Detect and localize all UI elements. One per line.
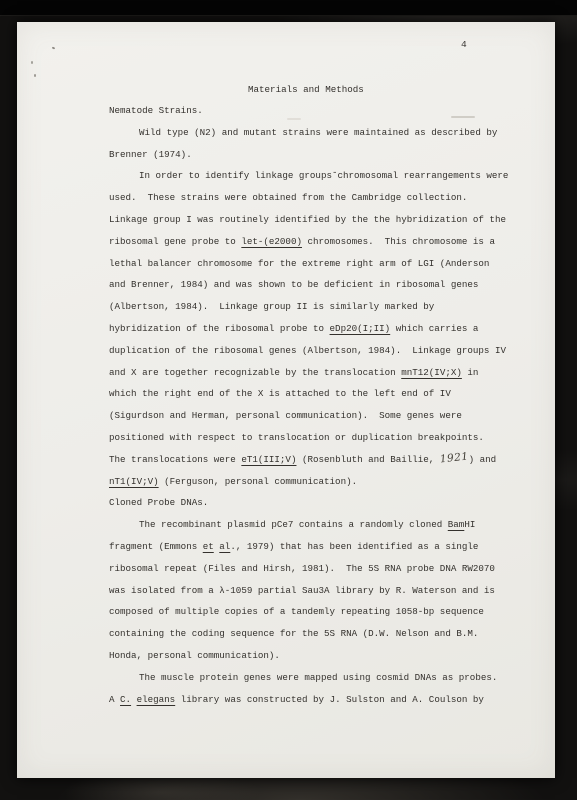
section-heading: Cloned Probe DNAs.: [109, 492, 539, 514]
text-segment: Wild type (N2) and mutant strains were m…: [139, 127, 497, 138]
backdrop-seam: [0, 0, 577, 16]
underlined-term: al: [219, 541, 230, 552]
text-segment: HI: [464, 519, 475, 530]
text-line: used. These strains were obtained from t…: [109, 187, 539, 209]
text-segment: (Sigurdson and Herman, personal communic…: [109, 410, 462, 421]
text-segment: Brenner (1974).: [109, 149, 192, 160]
text-segment: Honda, personal communication).: [109, 650, 280, 661]
text-line: In order to identify linkage groups-chro…: [109, 165, 539, 187]
text-segment: containing the coding sequence for the 5…: [109, 628, 478, 639]
text-line: was isolated from a λ-1059 partial Sau3A…: [109, 580, 539, 602]
text-segment: ., 1979) that has been identified as a s…: [230, 541, 478, 552]
text-segment: lethal balancer chromosome for the extre…: [109, 258, 489, 269]
text-segment: hybridization of the ribosomal probe to: [109, 323, 330, 334]
document-body: Nematode Strains.Wild type (N2) and muta…: [109, 100, 539, 710]
underlined-term: C.: [120, 694, 131, 705]
section-heading: Nematode Strains.: [109, 100, 539, 122]
text-segment: was isolated from a λ-1059 partial Sau3A…: [109, 585, 495, 596]
text-line: positioned with respect to translocation…: [109, 427, 539, 449]
handwritten-year: 1921: [439, 446, 470, 471]
text-segment: (Rosenbluth and Baillie,: [296, 454, 439, 465]
text-segment: library was constructed by J. Sulston an…: [175, 694, 484, 705]
document-title: Materials and Methods: [248, 84, 364, 95]
paper-speck: [31, 61, 33, 64]
text-line: A C. elegans library was constructed by …: [109, 689, 539, 711]
text-line: duplication of the ribosomal genes (Albe…: [109, 340, 539, 362]
text-line: composed of multiple copies of a tandeml…: [109, 601, 539, 623]
text-segment: and X are together recognizable by the t…: [109, 367, 401, 378]
underlined-term: elegans: [137, 694, 176, 705]
text-segment: -: [332, 167, 338, 178]
text-line: hybridization of the ribosomal probe to …: [109, 318, 539, 340]
text-line: The translocations were eT1(III;V) (Rose…: [109, 449, 539, 471]
text-line: and Brenner, 1984) and was shown to be d…: [109, 274, 539, 296]
text-line: Honda, personal communication).: [109, 645, 539, 667]
text-segment: chromosomes. This chromosome is a: [302, 236, 495, 247]
underlined-term: nT1(IV;V): [109, 476, 159, 487]
text-segment: which the right end of the X is attached…: [109, 388, 451, 399]
text-line: which the right end of the X is attached…: [109, 383, 539, 405]
text-segment: A: [109, 694, 120, 705]
text-segment: Nematode Strains.: [109, 105, 203, 116]
text-segment: ) and: [469, 454, 497, 465]
text-segment: Cloned Probe DNAs.: [109, 497, 208, 508]
text-line: ribosomal gene probe to let-(e2000) chro…: [109, 231, 539, 253]
text-segment: which carries a: [390, 323, 478, 334]
text-segment: (Albertson, 1984). Linkage group II is s…: [109, 301, 434, 312]
text-line: fragment (Emmons et al., 1979) that has …: [109, 536, 539, 558]
text-line: (Sigurdson and Herman, personal communic…: [109, 405, 539, 427]
text-segment: composed of multiple copies of a tandeml…: [109, 606, 484, 617]
underlined-term: et: [203, 541, 214, 552]
text-line: containing the coding sequence for the 5…: [109, 623, 539, 645]
text-line: (Albertson, 1984). Linkage group II is s…: [109, 296, 539, 318]
paper-speck: [34, 74, 36, 77]
text-segment: duplication of the ribosomal genes (Albe…: [109, 345, 506, 356]
text-segment: In order to identify linkage groups: [139, 170, 332, 181]
text-segment: Linkage group I was routinely identified…: [109, 214, 506, 225]
text-segment: ribosomal repeat (Files and Hirsh, 1981)…: [109, 563, 495, 574]
text-segment: The muscle protein genes were mapped usi…: [139, 672, 497, 683]
underlined-term: Bam: [448, 519, 465, 530]
text-segment: chromosomal rearrangements were: [338, 170, 509, 181]
document-page: 4 Materials and Methods Nematode Strains…: [17, 22, 555, 778]
underlined-term: let-(e2000): [241, 236, 302, 247]
text-line: Linkage group I was routinely identified…: [109, 209, 539, 231]
photo-backdrop: 4 Materials and Methods Nematode Strains…: [0, 0, 577, 800]
text-segment: positioned with respect to translocation…: [109, 432, 484, 443]
paper-speck: [52, 46, 56, 49]
text-line: Wild type (N2) and mutant strains were m…: [109, 122, 539, 144]
text-segment: and Brenner, 1984) and was shown to be d…: [109, 279, 478, 290]
underlined-term: mnT12(IV;X): [401, 367, 462, 378]
text-line: The muscle protein genes were mapped usi…: [109, 667, 539, 689]
underlined-term: eT1(III;V): [241, 454, 296, 465]
text-segment: in: [462, 367, 479, 378]
text-line: The recombinant plasmid pCe7 contains a …: [109, 514, 539, 536]
text-line: ribosomal repeat (Files and Hirsh, 1981)…: [109, 558, 539, 580]
text-segment: The recombinant plasmid pCe7 contains a …: [139, 519, 448, 530]
text-segment: (Ferguson, personal communication).: [159, 476, 357, 487]
text-line: nT1(IV;V) (Ferguson, personal communicat…: [109, 471, 539, 493]
text-segment: The translocations were: [109, 454, 241, 465]
text-line: and X are together recognizable by the t…: [109, 362, 539, 384]
text-line: lethal balancer chromosome for the extre…: [109, 253, 539, 275]
text-line: Brenner (1974).: [109, 144, 539, 166]
underlined-term: eDp20(I;II): [330, 323, 391, 334]
page-number: 4: [461, 39, 467, 50]
text-segment: fragment (Emmons: [109, 541, 203, 552]
text-segment: ribosomal gene probe to: [109, 236, 241, 247]
text-segment: used. These strains were obtained from t…: [109, 192, 467, 203]
